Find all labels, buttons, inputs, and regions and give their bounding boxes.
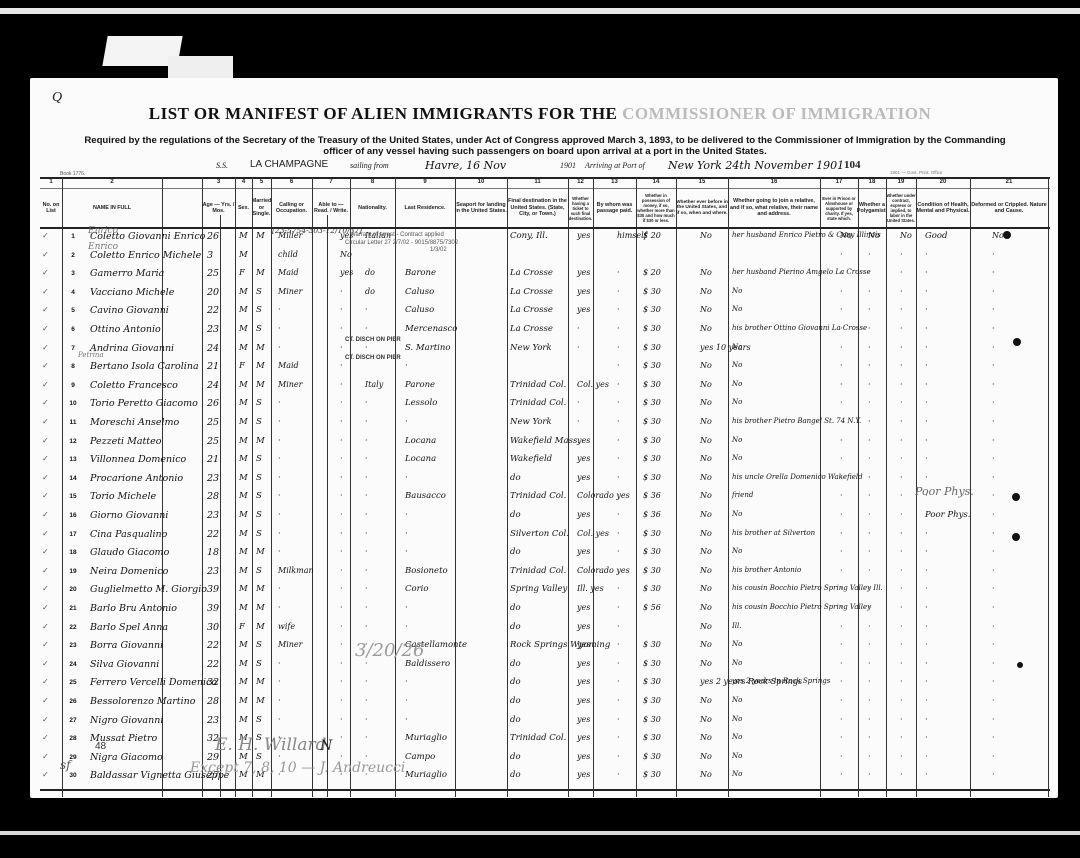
prison: ·	[840, 454, 843, 463]
occupation: ·	[278, 659, 281, 668]
subtitle-line-2: officer of any vessel having such passen…	[40, 146, 1050, 157]
passenger-name: Glaudo Giacomo	[90, 547, 169, 558]
previous-us: No	[700, 770, 712, 779]
passage-paid-by: ·	[617, 380, 620, 389]
col-number: 13	[593, 179, 636, 185]
money: $ 30	[643, 398, 661, 407]
ticket: ·	[577, 417, 580, 426]
row-number: 9	[66, 382, 80, 389]
title-faded: COMMISSIONER OF IMMIGRATION	[622, 104, 931, 123]
polygamist: ·	[868, 529, 871, 538]
col-header-married: Married or Single.	[252, 191, 271, 225]
last-residence: Bosioneto	[405, 566, 448, 576]
table-row: ✓12Pezzeti Matteo25MM···LocanaWakefield …	[40, 434, 1050, 451]
passage-paid-by: ·	[617, 436, 620, 445]
health: ·	[925, 454, 928, 464]
last-residence: ·	[405, 473, 408, 483]
passage-paid-by: ·	[617, 454, 620, 463]
occupation: ·	[278, 398, 281, 407]
occupation: ·	[278, 715, 281, 724]
literacy: ·	[340, 436, 343, 445]
polygamist: ·	[868, 566, 871, 575]
literacy: ·	[340, 566, 343, 575]
deformed: ·	[992, 510, 995, 519]
check-mark-icon: ✓	[42, 640, 49, 649]
passenger-name: Giorno Giovanni	[90, 510, 168, 521]
col-number: 15	[676, 179, 728, 185]
check-mark-icon: ✓	[42, 343, 49, 352]
prison: ·	[840, 696, 843, 705]
ticket: yes	[577, 510, 590, 519]
final-destination: do	[510, 622, 521, 632]
sex: M	[239, 584, 248, 594]
deformed: ·	[992, 733, 995, 742]
ticket: yes	[577, 752, 590, 761]
literacy: ·	[340, 398, 343, 407]
table-row: ✓3Gamerro Maria25FMMaidyesdoBaroneLa Cro…	[40, 266, 1050, 283]
row-number: 17	[66, 531, 80, 538]
last-residence: Muriaglio	[405, 770, 447, 780]
check-mark-icon: ✓	[42, 305, 49, 314]
last-residence: Mercenasco	[405, 324, 457, 334]
check-mark-icon: ✓	[42, 529, 49, 538]
nationality: do	[365, 287, 375, 296]
col-number: 17	[820, 179, 858, 185]
joining-relative: No	[732, 454, 742, 462]
contract: ·	[900, 715, 903, 724]
col-header-nationality: Nationality.	[350, 191, 395, 225]
marital-status: M	[256, 547, 265, 557]
last-residence: ·	[405, 715, 408, 725]
check-mark-icon: ✓	[42, 324, 49, 333]
prison: ·	[840, 640, 843, 649]
check-mark-icon: ✓	[42, 510, 49, 519]
polygamist: ·	[868, 268, 871, 277]
passenger-name: Pezzeti Matteo	[90, 436, 161, 447]
sex: F	[239, 361, 245, 371]
deformed: ·	[992, 491, 995, 500]
deformed: ·	[992, 770, 995, 779]
final-destination: Spring Valley	[510, 584, 567, 594]
table-row: ✓23Borra Giovanni22MSMiner··Castellamont…	[40, 638, 1050, 655]
row-number: 12	[66, 438, 80, 445]
occupation: ·	[278, 584, 281, 593]
marital-status: M	[256, 622, 265, 632]
contract: ·	[900, 622, 903, 631]
nationality: ·	[365, 733, 368, 742]
passage-paid-by: ·	[617, 659, 620, 668]
occupation: ·	[278, 324, 281, 333]
marital-status: S	[256, 398, 262, 408]
money: $ 30	[643, 752, 661, 761]
final-destination: La Crosse	[510, 287, 553, 297]
money: $ 30	[643, 287, 661, 296]
sex: M	[239, 603, 248, 613]
occupation: wife	[278, 622, 295, 631]
literacy: ·	[340, 677, 343, 686]
passenger-name: Procarione Antonio	[90, 473, 183, 484]
table-row: ✓25Ferrero Vercelli Domenico32MM····doye…	[40, 675, 1050, 692]
row-number: 6	[66, 326, 80, 333]
last-residence: ·	[405, 510, 408, 520]
occupation: Miner	[278, 287, 302, 296]
previous-us: yes 10 years	[700, 343, 751, 352]
money: $ 30	[643, 343, 661, 352]
arriving-label: Arriving at Port of	[585, 161, 645, 170]
sex: M	[239, 715, 248, 725]
polygamist: ·	[868, 454, 871, 463]
prison: ·	[840, 268, 843, 277]
table-row: ✓21Barlo Bru Antonio39MM····doyes·$ 56No…	[40, 601, 1050, 618]
prison: ·	[840, 584, 843, 593]
joining-relative: No	[732, 436, 742, 444]
money: $ 30	[643, 733, 661, 742]
health: ·	[925, 733, 928, 743]
deformed: ·	[992, 268, 995, 277]
col-header-money: Whether in possession of money, if so, w…	[636, 191, 676, 225]
joining-relative: No	[732, 733, 742, 741]
nationality: ·	[365, 454, 368, 463]
nationality: ·	[365, 510, 368, 519]
margin-annotation: 3/20/26	[355, 640, 424, 661]
marital-status: M	[256, 677, 265, 687]
marital-status: S	[256, 715, 262, 725]
deformed: ·	[992, 436, 995, 445]
printer-note: 1901 — Govt. Print. Office	[890, 170, 942, 175]
final-destination: New York	[510, 417, 552, 427]
health: ·	[925, 529, 928, 539]
prison: ·	[840, 752, 843, 761]
final-destination: Trinidad Col.	[510, 566, 566, 576]
ink-blot	[1013, 338, 1021, 346]
deformed: ·	[992, 398, 995, 407]
check-mark-icon: ✓	[42, 287, 49, 296]
previous-us: No	[700, 324, 712, 333]
row-number: 16	[66, 512, 80, 519]
polygamist: ·	[868, 398, 871, 407]
health: ·	[925, 752, 928, 762]
joining-relative: No	[732, 287, 742, 295]
age: 23	[207, 510, 219, 521]
check-mark-icon: ✓	[42, 547, 49, 556]
joining-relative: No	[732, 696, 742, 704]
occupation: ·	[278, 603, 281, 612]
contract: ·	[900, 417, 903, 426]
row-number: 24	[66, 661, 80, 668]
final-destination: Trinidad Col.	[510, 398, 566, 408]
col-number: 8	[350, 179, 395, 185]
admission-date: 1/3/02	[430, 247, 447, 253]
contract: ·	[900, 529, 903, 538]
check-mark-icon: ✓	[42, 603, 49, 612]
marital-status: M	[256, 696, 265, 706]
passenger-name: Bessolorenzo Martino	[90, 696, 195, 707]
col-number: 14	[636, 179, 676, 185]
col-number: 5	[252, 179, 271, 185]
row-number: 25	[66, 679, 80, 686]
previous-us: No	[700, 454, 712, 463]
passenger-name: Neira Domenico	[90, 566, 168, 577]
polygamist: ·	[868, 547, 871, 556]
health-note: Poor Phys.	[915, 485, 974, 498]
sex: M	[239, 287, 248, 297]
nationality: ·	[365, 677, 368, 686]
prison: ·	[840, 603, 843, 612]
health: ·	[925, 603, 928, 613]
age: 22	[207, 305, 219, 316]
check-mark-icon: ✓	[42, 473, 49, 482]
age: 39	[207, 603, 219, 614]
sex: M	[239, 324, 248, 334]
name-correction: Enrico	[88, 226, 118, 236]
admission-stamp: Circular Letter 27 2/7/02 - 9015/8875/73…	[345, 240, 458, 246]
manifest-table: 1 2 3 4 5 6 7 8 9 10 11 12 13 14 15 16 1…	[40, 177, 1050, 797]
contract: ·	[900, 473, 903, 482]
final-destination: do	[510, 510, 521, 520]
occupation: ·	[278, 529, 281, 538]
previous-us: No	[700, 659, 712, 668]
col-header-no: No. on List	[40, 191, 62, 225]
nationality: ·	[365, 436, 368, 445]
last-residence: Bausacco	[405, 491, 446, 501]
previous-us: No	[700, 696, 712, 705]
row-number: 11	[66, 419, 80, 426]
marital-status: S	[256, 305, 262, 315]
deformed: ·	[992, 547, 995, 556]
prison: ·	[840, 305, 843, 314]
table-row: ✓26Bessolorenzo Martino28MM····doyes·$ 3…	[40, 694, 1050, 711]
deformed: ·	[992, 324, 995, 333]
age: 23	[207, 566, 219, 577]
marital-status: M	[256, 343, 265, 353]
film-edge-top	[0, 8, 1080, 14]
occupation: Milkman	[278, 566, 314, 575]
health: ·	[925, 380, 928, 390]
manifest-subtitle: Required by the regulations of the Secre…	[40, 135, 1050, 157]
check-mark-icon: ✓	[42, 752, 49, 761]
final-destination: do	[510, 677, 521, 687]
deformed: ·	[992, 659, 995, 668]
last-residence: Corio	[405, 584, 429, 594]
deformed: ·	[992, 305, 995, 314]
age: 23	[207, 324, 219, 335]
passage-paid-by: ·	[617, 305, 620, 314]
previous-us: No	[700, 417, 712, 426]
col-number: 20	[916, 179, 970, 185]
money: $ 30	[643, 454, 661, 463]
nationality: ·	[365, 417, 368, 426]
passage-paid-by: ·	[617, 696, 620, 705]
last-residence: ·	[405, 361, 408, 371]
literacy: ·	[340, 603, 343, 612]
previous-us: No	[700, 715, 712, 724]
check-mark-icon: ✓	[42, 566, 49, 575]
prison: ·	[840, 436, 843, 445]
row-number: 14	[66, 475, 80, 482]
joining-relative: yes 2 years in Rock Springs	[732, 677, 830, 685]
age: 21	[207, 454, 219, 465]
age: 28	[207, 491, 219, 502]
polygamist: ·	[868, 417, 871, 426]
ticket: yes	[577, 305, 590, 314]
final-destination: La Crosse	[510, 324, 553, 334]
ticket: Ill. yes	[577, 584, 604, 593]
name-correction: Enrico	[88, 242, 118, 252]
deformed: ·	[992, 361, 995, 370]
signature-initial: N	[320, 738, 332, 754]
health: ·	[925, 305, 928, 315]
table-row: ✓10Torio Peretto Giacomo26MS···LessoloTr…	[40, 396, 1050, 413]
col-number: 9	[395, 179, 455, 185]
table-row: ✓2Coletto Enrico Michele3MchildNo·····	[40, 248, 1050, 265]
health: ·	[925, 622, 928, 632]
contract: No	[900, 231, 912, 240]
joining-relative: his cousin Bocchio Pietro Spring Valley	[732, 603, 871, 611]
previous-us: No	[700, 529, 712, 538]
table-row: ✓22Barlo Spel Anna30FMwife···doyes·NoIll…	[40, 620, 1050, 637]
col-number: 21	[970, 179, 1048, 185]
contract: ·	[900, 324, 903, 333]
passage-paid-by: ·	[617, 733, 620, 742]
previous-us: No	[700, 398, 712, 407]
prison: ·	[840, 343, 843, 352]
row-number: 4	[66, 289, 80, 296]
check-mark-icon: ✓	[42, 380, 49, 389]
joining-relative: No	[732, 343, 742, 351]
contract: ·	[900, 566, 903, 575]
occupation: ·	[278, 491, 281, 500]
table-row: ✓7Andrina Giovanni24MM···S. MartinoNew Y…	[40, 341, 1050, 358]
nationality: ·	[365, 398, 368, 407]
row-number: 3	[66, 270, 80, 277]
nationality: ·	[365, 324, 368, 333]
polygamist: ·	[868, 677, 871, 686]
age: 25	[207, 436, 219, 447]
age: 25	[207, 268, 219, 279]
sex: M	[239, 677, 248, 687]
final-destination: La Crosse	[510, 268, 553, 278]
health: ·	[925, 417, 928, 427]
ticket: yes	[577, 287, 590, 296]
passenger-name: Nigra Giacomo	[90, 752, 163, 763]
age: 21	[207, 361, 219, 372]
ticket: Colorado yes	[577, 491, 630, 500]
deformed: ·	[992, 622, 995, 631]
passage-paid-by: ·	[617, 268, 620, 277]
health: ·	[925, 659, 928, 669]
joining-relative: his brother at Silverton	[732, 529, 815, 537]
col-number: 18	[858, 179, 886, 185]
last-residence: Campo	[405, 752, 435, 762]
polygamist: ·	[868, 305, 871, 314]
money: $ 30	[643, 436, 661, 445]
row-number: 1	[66, 233, 80, 240]
col-number: 2	[62, 179, 162, 185]
row-number: 8	[66, 363, 80, 370]
deformed: ·	[992, 584, 995, 593]
ticket: yes	[577, 436, 590, 445]
last-residence: Locana	[405, 454, 436, 464]
ticket: yes	[577, 268, 590, 277]
check-mark-icon: ✓	[42, 770, 49, 779]
sex: M	[239, 640, 248, 650]
previous-us: No	[700, 287, 712, 296]
passage-paid-by: ·	[617, 547, 620, 556]
literacy: ·	[340, 343, 343, 352]
col-header-read-write: Able to — Read. / Write.	[312, 191, 350, 225]
check-mark-icon: ✓	[42, 398, 49, 407]
check-mark-icon: ✓	[42, 231, 49, 240]
final-destination: New York	[510, 343, 552, 353]
nationality: ·	[365, 603, 368, 612]
polygamist: ·	[868, 510, 871, 519]
contract: ·	[900, 343, 903, 352]
contract: ·	[900, 510, 903, 519]
passenger-name: Bertano Isola Carolina	[90, 361, 199, 372]
sex: M	[239, 529, 248, 539]
polygamist: ·	[868, 770, 871, 779]
table-row: ✓11Moreschi Anselmo25MS····New York··$ 3…	[40, 415, 1050, 432]
money: $ 30	[643, 640, 661, 649]
prison: ·	[840, 529, 843, 538]
contract: ·	[900, 603, 903, 612]
col-number: 1	[40, 179, 62, 185]
col-header-name: NAME IN FULL	[62, 191, 162, 225]
joining-relative: No	[732, 752, 742, 760]
row-number: 30	[66, 772, 80, 779]
health: ·	[925, 436, 928, 446]
occupation: child	[278, 250, 298, 259]
joining-relative: No	[732, 770, 742, 778]
marital-status: S	[256, 473, 262, 483]
contract: ·	[900, 287, 903, 296]
manifest-title: LIST OR MANIFEST OF ALIEN IMMIGRANTS FOR…	[0, 104, 1080, 124]
final-destination: do	[510, 770, 521, 780]
sex: M	[239, 547, 248, 557]
ticket: yes	[577, 677, 590, 686]
total-count: 48	[95, 741, 106, 752]
previous-us: No	[700, 305, 712, 314]
joining-relative: friend	[732, 491, 753, 499]
contract: ·	[900, 268, 903, 277]
last-residence: Barone	[405, 268, 436, 278]
marital-status: S	[256, 417, 262, 427]
occupation: ·	[278, 473, 281, 482]
check-mark-icon: ✓	[42, 361, 49, 370]
ticket: Colorado yes	[577, 566, 630, 575]
deformed: ·	[992, 417, 995, 426]
health: ·	[925, 584, 928, 594]
nationality: ·	[365, 491, 368, 500]
marital-status: M	[256, 231, 265, 241]
last-residence: S. Martino	[405, 343, 450, 353]
polygamist: ·	[868, 733, 871, 742]
money: $ 30	[643, 659, 661, 668]
passage-paid-by: ·	[617, 752, 620, 761]
prison: ·	[840, 361, 843, 370]
ticket: yes	[577, 473, 590, 482]
joining-relative: No	[732, 640, 742, 648]
passage-paid-by: ·	[617, 361, 620, 370]
health: ·	[925, 250, 928, 260]
table-row: ✓17Cina Pasqualino22MS····Silverton Col.…	[40, 527, 1050, 544]
health: ·	[925, 770, 928, 780]
ticket: yes	[577, 547, 590, 556]
sex: M	[239, 436, 248, 446]
deformed: ·	[992, 677, 995, 686]
passage-paid-by: ·	[617, 566, 620, 575]
health: ·	[925, 268, 928, 278]
